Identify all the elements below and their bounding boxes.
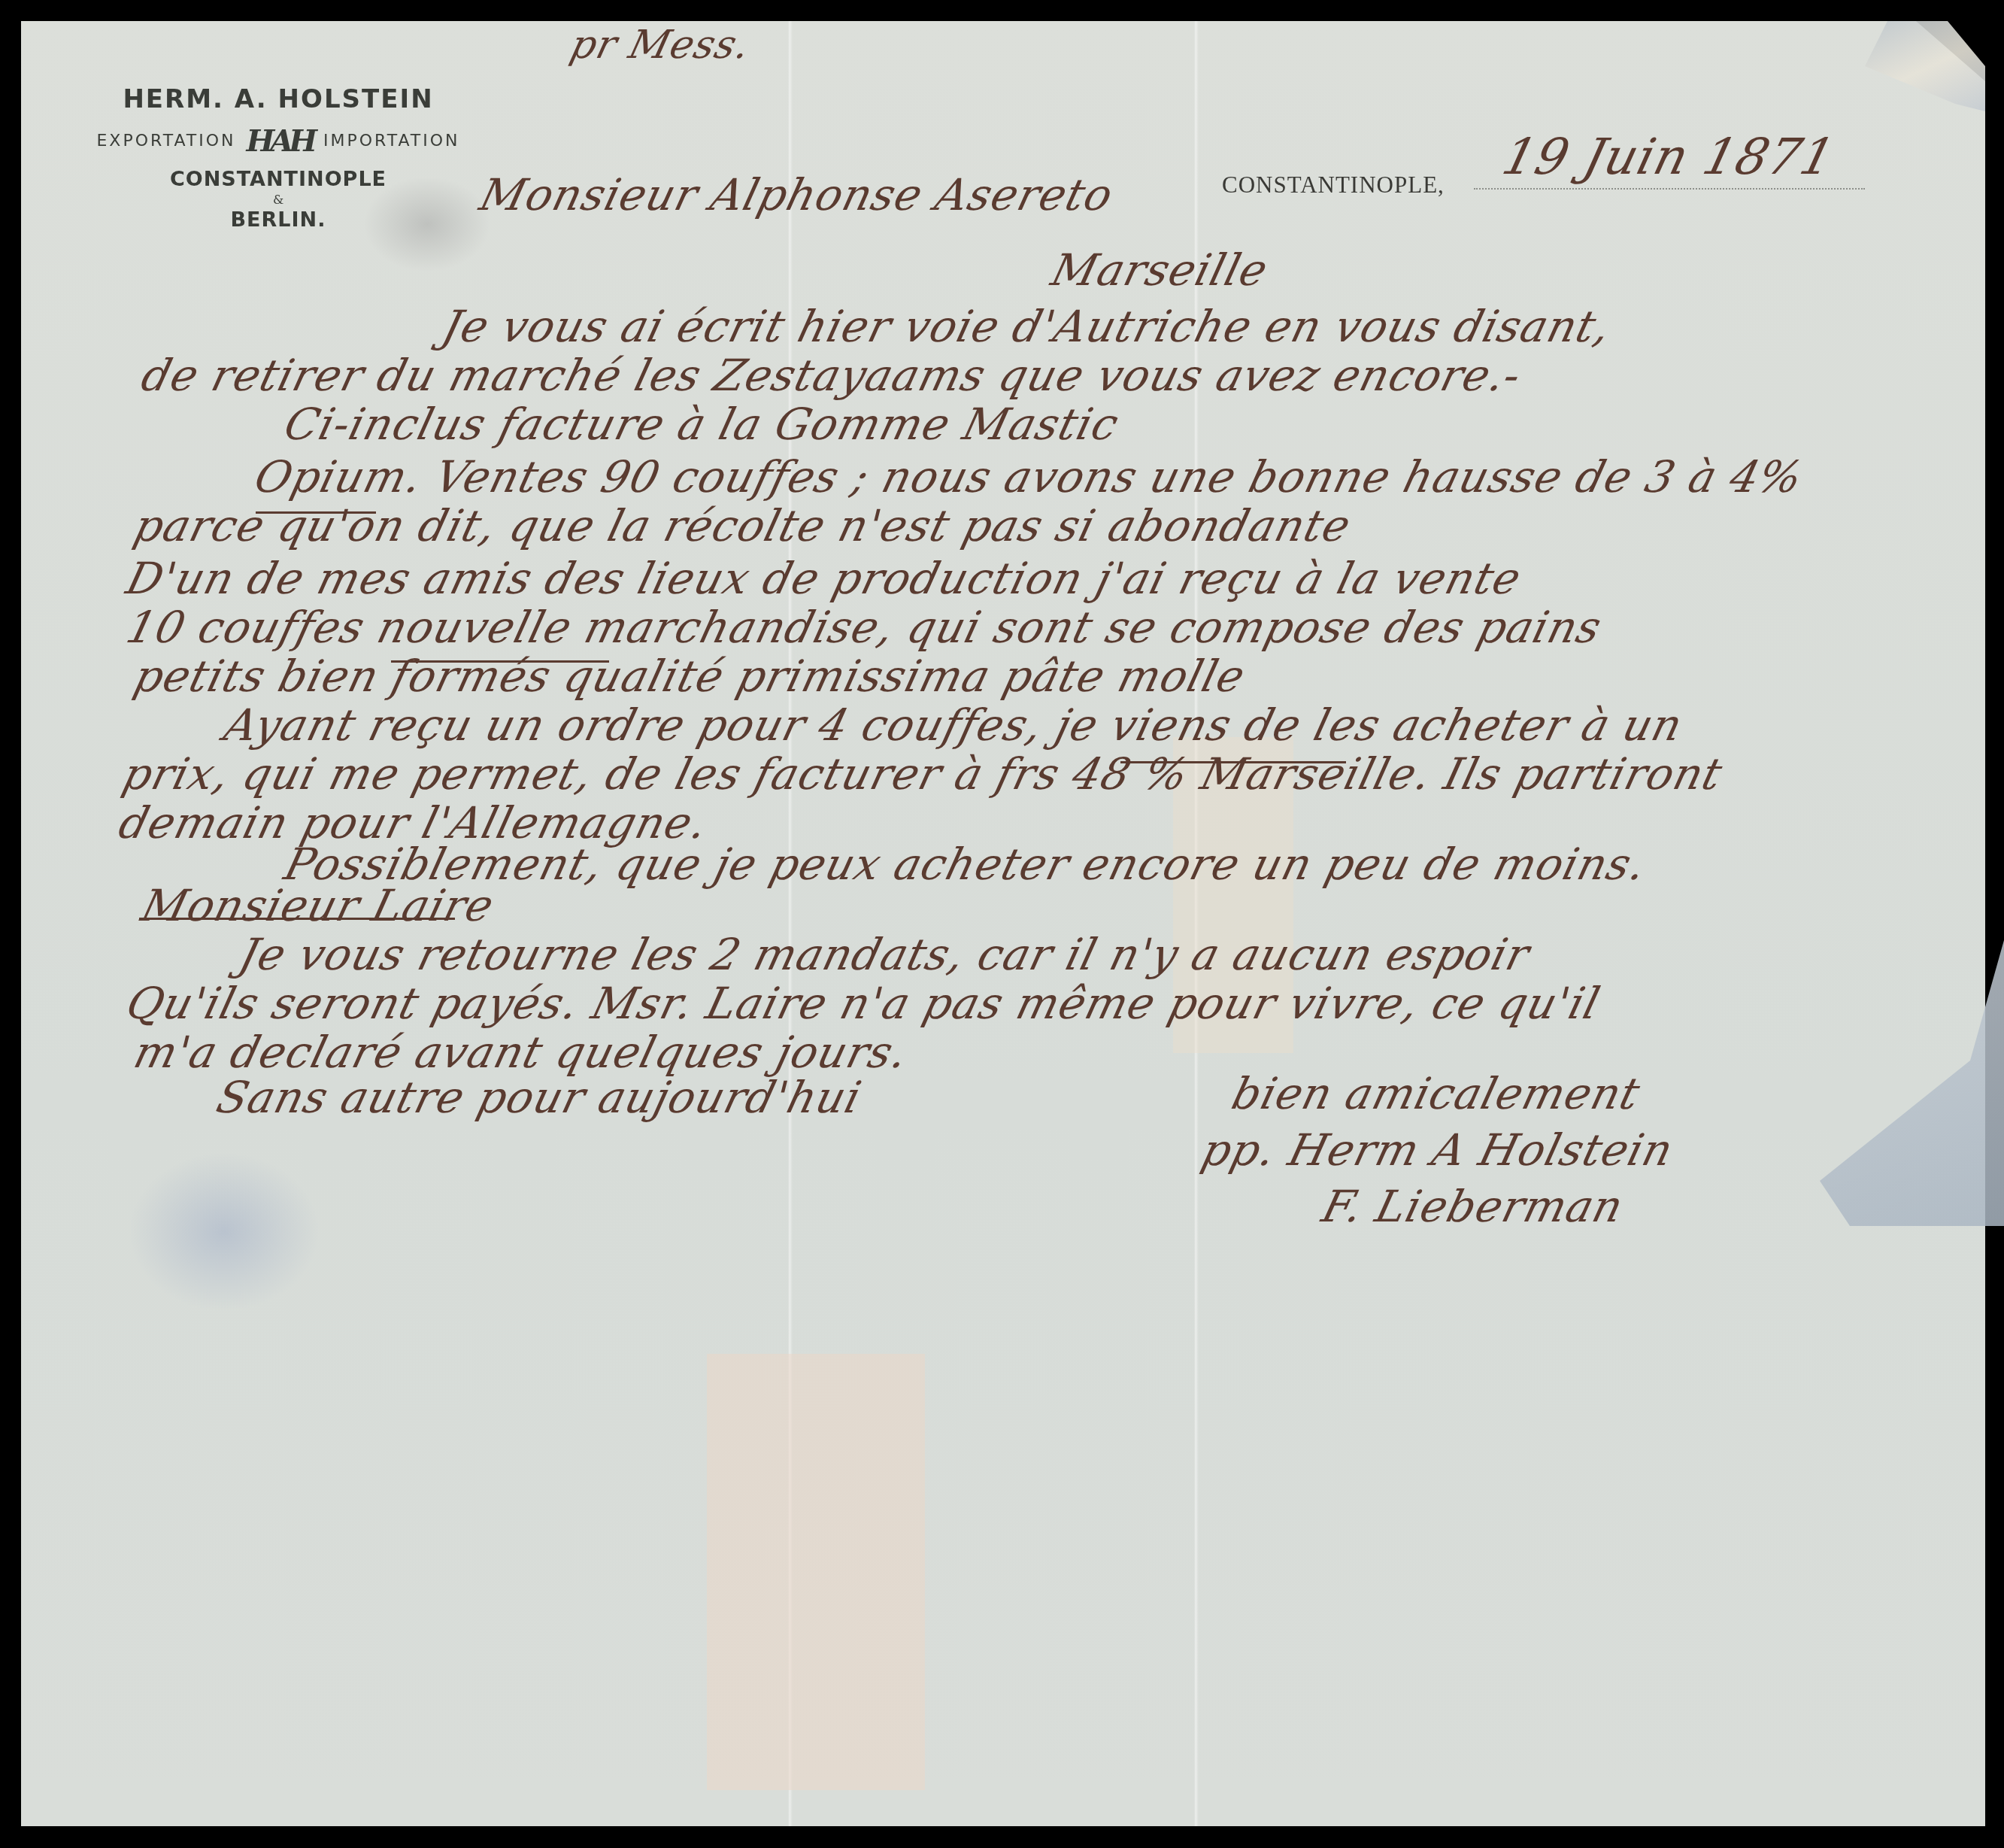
monogram-logo: HAH bbox=[246, 123, 313, 159]
body-line: de retirer du marché les Zestayaams que … bbox=[137, 350, 1527, 401]
dateline-place: CONSTANTINOPLE, bbox=[1222, 171, 1445, 199]
letter-date: 19 Juin 1871 bbox=[1496, 128, 1841, 186]
section-underline bbox=[139, 918, 455, 920]
importation-label: IMPORTATION bbox=[323, 132, 460, 150]
body-line: Ci-inclus facture à la Gomme Mastic bbox=[280, 399, 1124, 450]
body-line: Opium. Ventes 90 couffes ; nous avons un… bbox=[249, 451, 1808, 505]
body-line: m'a declaré avant quelques jours. bbox=[129, 1027, 914, 1078]
recipient-city: Marseille bbox=[1047, 244, 1274, 296]
company-name: HERM. A. HOLSTEIN bbox=[68, 84, 489, 114]
dateline-dotted-rule bbox=[1474, 188, 1865, 190]
body-line: Qu'ils seront payés. Msr. Laire n'a pas … bbox=[122, 978, 1606, 1029]
price-underline bbox=[1120, 761, 1346, 763]
body-line: Je vous ai écrit hier voie d'Autriche en… bbox=[438, 301, 1617, 352]
body-line: prix, qui me permet, de les facturer à f… bbox=[118, 748, 1728, 800]
ampersand: & bbox=[68, 193, 489, 207]
body-line: petits bien formés qualité primissima pâ… bbox=[129, 651, 1251, 702]
exportation-label: EXPORTATION bbox=[96, 132, 235, 150]
body-line: D'un de mes amis des lieux de production… bbox=[122, 553, 1527, 604]
body-line: Je vous retourne les 2 mandats, car il n… bbox=[235, 929, 1536, 980]
city-berlin: BERLIN. bbox=[68, 208, 489, 232]
closing-phrase: bien amicalement bbox=[1227, 1068, 1646, 1119]
body-line: Sans autre pour aujourd'hui bbox=[212, 1072, 867, 1123]
body-line: Ayant reçu un ordre pour 4 couffes, je v… bbox=[220, 699, 1688, 751]
recipient-name: Monsieur Alphonse Asereto bbox=[475, 169, 1119, 220]
signature-subline: F. Lieberman bbox=[1317, 1181, 1630, 1232]
paper-stain bbox=[707, 1354, 925, 1790]
letterhead: HERM. A. HOLSTEIN EXPORTATION HAH IMPORT… bbox=[68, 84, 489, 232]
signature: pp. Herm A Holstein bbox=[1197, 1124, 1679, 1176]
body-line: parce qu'on dit, que la récolte n'est pa… bbox=[129, 500, 1357, 551]
section-heading: Monsieur Laire bbox=[137, 880, 499, 931]
city-constantinople: CONSTANTINOPLE bbox=[68, 168, 489, 191]
routing-note: pr Mess. bbox=[566, 23, 756, 68]
body-line: 10 couffes nouvelle marchandise, qui son… bbox=[122, 602, 1607, 653]
